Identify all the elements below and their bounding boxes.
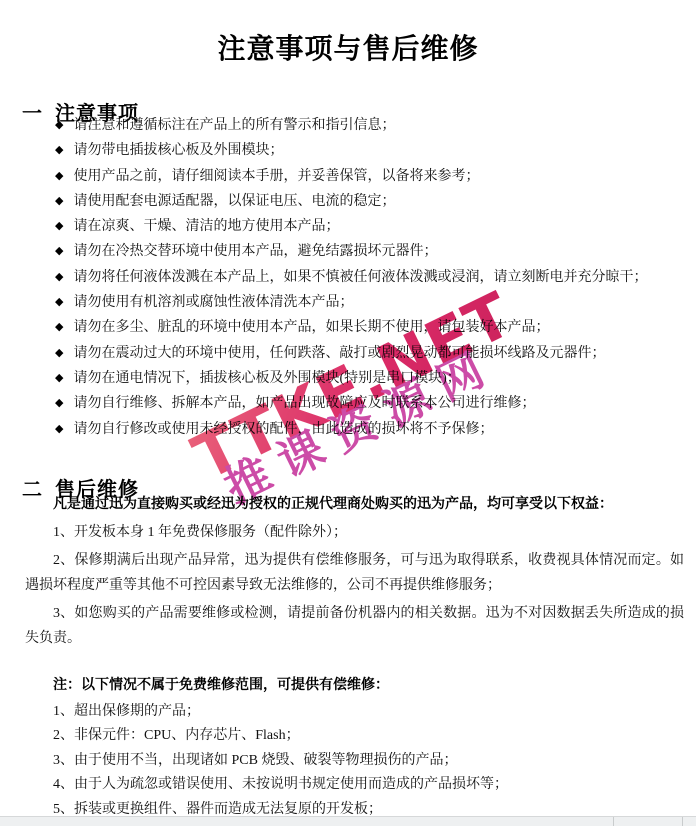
precaution-text: 请勿在冷热交替环境中使用本产品，避免结露损坏元器件； [73,244,437,259]
precaution-item: ◆请勿在多尘、脏乱的环境中使用本产品，如果长期不使用，请包装好本产品； [55,315,682,340]
precaution-text: 使用产品之前，请仔细阅读本手册，并妥善保管，以备将来参考； [73,169,479,184]
precaution-item: ◆请勿在震动过大的环境中使用，任何跌落、敲打或剧烈晃动都可能损坏线路及元器件； [55,341,682,366]
precaution-text: 请勿在通电情况下，插拔核心板及外围模块(特别是串口模块)； [73,371,460,386]
diamond-bullet-icon: ◆ [55,244,63,257]
page-title: 注意事项与售后维修 [0,27,696,67]
precaution-item: ◆请勿自行维修、拆解本产品，如产品出现故障应及时联系本公司进行维修； [55,391,682,416]
precaution-item: ◆请勿在冷热交替环境中使用本产品，避免结露损坏元器件； [55,239,682,264]
diamond-bullet-icon: ◆ [55,346,63,359]
aftersales-body: 凡是通过迅为直接购买或经迅为授权的正规代理商处购买的迅为产品，均可享受以下权益：… [25,492,684,822]
precaution-item: ◆请勿使用有机溶剂或腐蚀性液体清洗本产品； [55,290,682,315]
precaution-text: 请勿自行维修、拆解本产品，如产品出现故障应及时联系本公司进行维修； [73,396,535,411]
precaution-item: ◆使用产品之前，请仔细阅读本手册，并妥善保管，以备将来参考； [55,164,682,189]
paid-repair-item: 4、由于人为疏忽或错误使用、未按说明书规定使用而造成的产品损坏等； [25,773,684,797]
diamond-bullet-icon: ◆ [55,371,63,384]
precaution-item: ◆请注意和遵循标注在产品上的所有警示和指引信息； [55,113,682,138]
paid-repair-item: 2、非保元件：CPU、内存芯片、Flash； [25,724,684,748]
precaution-text: 请使用配套电源适配器，以保证电压、电流的稳定； [73,194,395,209]
precaution-text: 请勿使用有机溶剂或腐蚀性液体清洗本产品； [73,295,353,310]
page-bottom-edge [0,816,696,826]
diamond-bullet-icon: ◆ [55,396,63,409]
diamond-bullet-icon: ◆ [55,270,63,283]
precaution-text: 请勿带电插拔核心板及外围模块； [73,143,283,158]
paid-repair-item: 3、由于使用不当，出现诸如 PCB 烧毁、破裂等物理损伤的产品； [25,749,684,773]
precautions-list: ◆请注意和遵循标注在产品上的所有警示和指引信息； ◆请勿带电插拔核心板及外围模块… [55,113,682,442]
benefit-paragraph: 2、保修期满后出现产品异常，迅为提供有偿维修服务，可与迅为取得联系，收费视具体情… [25,548,684,598]
aftersales-intro: 凡是通过迅为直接购买或经迅为授权的正规代理商处购买的迅为产品，均可享受以下权益： [25,492,684,517]
paid-repair-item: 1、超出保修期的产品； [25,700,684,724]
precaution-item: ◆请勿带电插拔核心板及外围模块； [55,138,682,163]
precaution-text: 请勿在多尘、脏乱的环境中使用本产品，如果长期不使用，请包装好本产品； [73,320,549,335]
diamond-bullet-icon: ◆ [55,194,63,207]
diamond-bullet-icon: ◆ [55,118,63,131]
precaution-text: 请勿在震动过大的环境中使用，任何跌落、敲打或剧烈晃动都可能损坏线路及元器件； [73,346,605,361]
benefit-paragraph: 3、如您购买的产品需要维修或检测，请提前备份机器内的相关数据。迅为不对因数据丢失… [25,601,684,651]
diamond-bullet-icon: ◆ [55,422,63,435]
diamond-bullet-icon: ◆ [55,320,63,333]
precaution-text: 请注意和遵循标注在产品上的所有警示和指引信息； [73,118,395,133]
precaution-item: ◆请在凉爽、干燥、清洁的地方使用本产品； [55,214,682,239]
precaution-item: ◆请使用配套电源适配器，以保证电压、电流的稳定； [55,189,682,214]
diamond-bullet-icon: ◆ [55,219,63,232]
benefit-paragraph: 1、开发板本身 1 年免费保修服务（配件除外）； [25,520,684,545]
diamond-bullet-icon: ◆ [55,169,63,182]
precaution-item: ◆请勿在通电情况下，插拔核心板及外围模块(特别是串口模块)； [55,366,682,391]
precaution-text: 请在凉爽、干燥、清洁的地方使用本产品； [73,219,339,234]
precaution-item: ◆请勿将任何液体泼溅在本产品上，如果不慎被任何液体泼溅或浸润，请立刻断电并充分晾… [55,265,682,290]
page-edge-divider [682,817,683,826]
precaution-text: 请勿将任何液体泼溅在本产品上，如果不慎被任何液体泼溅或浸润，请立刻断电并充分晾干… [73,270,647,285]
paid-repair-note-heading: 注：以下情况不属于免费维修范围，可提供有偿维修： [25,673,684,698]
precaution-text: 请勿自行修改或使用未经授权的配件，由此造成的损坏将不予保修； [73,422,493,437]
diamond-bullet-icon: ◆ [55,143,63,156]
document-page: 注意事项与售后维修 一 注意事项 ◆请注意和遵循标注在产品上的所有警示和指引信息… [0,0,696,826]
page-edge-divider [613,817,614,826]
diamond-bullet-icon: ◆ [55,295,63,308]
precaution-item: ◆请勿自行修改或使用未经授权的配件，由此造成的损坏将不予保修； [55,417,682,442]
